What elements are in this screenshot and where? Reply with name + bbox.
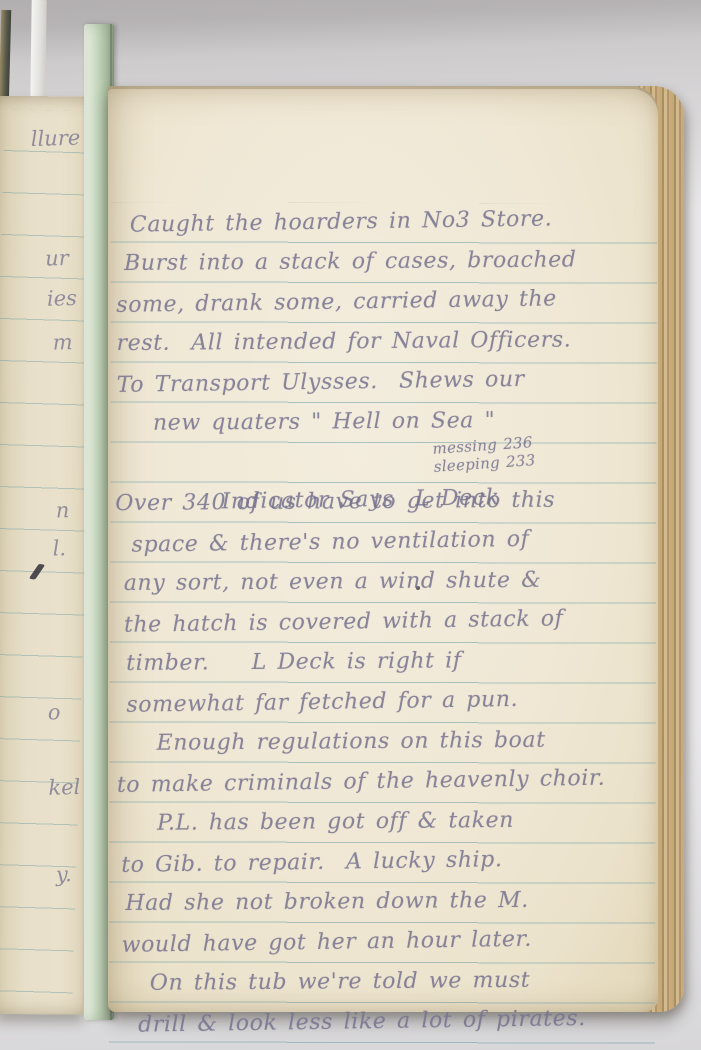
handwriting-fragment: o bbox=[48, 700, 61, 724]
photo-backdrop: llure ur ies m n l. o kel y. Caught the … bbox=[0, 0, 701, 1050]
handwriting-fragment: kel bbox=[48, 775, 81, 800]
handwriting-line: To Transport Ulysses. Shews our bbox=[114, 359, 641, 407]
handwriting-line: drill & look less like a lot of pirates. bbox=[118, 999, 645, 1047]
handwriting-line: some, drank some, carried away the bbox=[114, 279, 641, 327]
handwriting-line: P.L. has been got off & taken bbox=[117, 801, 643, 845]
handwriting-line: to make criminals of the heavenly choir. bbox=[117, 759, 644, 807]
handwriting-line: timber. L Deck is right if bbox=[116, 641, 642, 685]
binding-gloss-edge bbox=[30, 0, 46, 102]
handwriting-fragment: n bbox=[56, 498, 70, 522]
handwriting-fragment: y. bbox=[56, 862, 72, 886]
handwriting-line: any sort, not even a wind shute & bbox=[116, 561, 642, 605]
page-edge-stack: Caught the hoarders in No3 Store. Burst … bbox=[108, 86, 684, 1012]
handwriting-line: On this tub we're told we must bbox=[118, 961, 644, 1005]
handwriting-line: Had she not broken down the M. bbox=[117, 881, 643, 925]
handwriting-line: somewhat far fetched for a pun. bbox=[116, 679, 643, 727]
handwriting-line: to Gib. to repair. A lucky ship. bbox=[117, 839, 644, 887]
handwriting-fragment: l. bbox=[52, 536, 66, 560]
handwriting-line: Enough regulations on this boat bbox=[116, 721, 642, 765]
left-page: llure ur ies m n l. o kel y. bbox=[0, 96, 88, 1014]
handwriting-line: rest. All intended for Naval Officers. bbox=[114, 321, 640, 365]
handwriting-line: Indicator Says L Deck messing 236 sleepi… bbox=[115, 439, 642, 487]
right-page: Caught the hoarders in No3 Store. Burst … bbox=[108, 86, 658, 1012]
handwriting-line: new quaters " Hell on Sea " bbox=[115, 401, 641, 445]
handwriting-line: Burst into a stack of cases, broached bbox=[114, 241, 640, 285]
deck-capacity-note: messing 236 sleeping 233 bbox=[432, 433, 536, 476]
handwriting-fragment: ur bbox=[45, 246, 69, 271]
handwriting-line: Over 340 of us have to get into this bbox=[115, 481, 641, 525]
handwriting-line: the hatch is covered with a stack of bbox=[116, 599, 643, 647]
handwriting-fragment: llure bbox=[30, 126, 80, 151]
handwriting-block: Caught the hoarders in No3 Store. Burst … bbox=[114, 202, 644, 1045]
notebook-cover-edge bbox=[0, 10, 11, 106]
handwriting-line: space & there's no ventilation of bbox=[115, 519, 642, 567]
handwriting-line: would have got her an hour later. bbox=[117, 919, 644, 967]
handwriting-fragment: m bbox=[52, 330, 73, 355]
handwriting-fragment: ies bbox=[47, 286, 78, 311]
handwriting-line: Caught the hoarders in No3 Store. bbox=[114, 199, 641, 247]
